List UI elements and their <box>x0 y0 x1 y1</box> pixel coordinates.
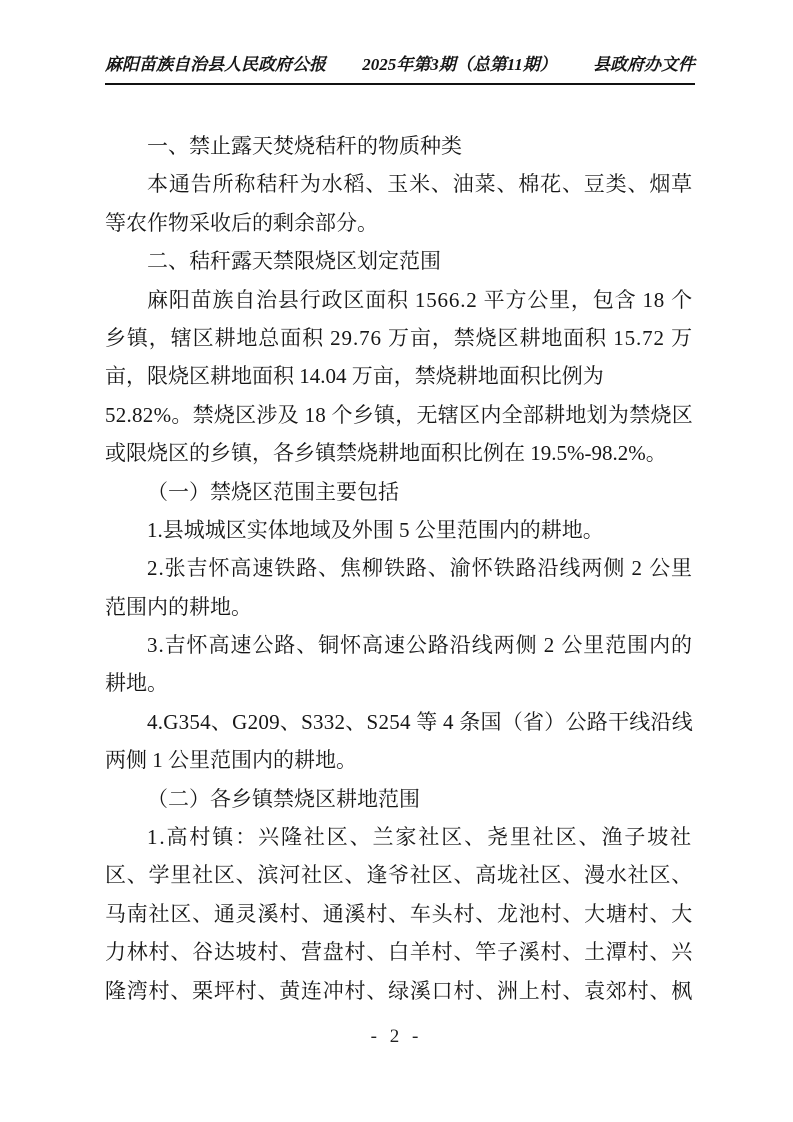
issue-info: 2025年第3期（总第11期） <box>362 50 557 75</box>
gazette-page: 麻阳苗族自治县人民政府公报 2025年第3期（总第11期） 县政府办文件 一、禁… <box>0 0 793 1122</box>
document-line: 二、秸秆露天禁限烧区划定范围 <box>105 242 693 280</box>
document-line: 4.G354、G209、S332、S254 等 4 条国（省）公路干线沿线 <box>105 703 693 741</box>
document-line: 一、禁止露天焚烧秸秆的物质种类 <box>105 127 693 165</box>
document-line: 1.县城城区实体地域及外围 5 公里范围内的耕地。 <box>105 511 693 549</box>
document-line: 力林村、谷达坡村、营盘村、白羊村、竿子溪村、土潭村、兴 <box>105 933 693 971</box>
document-line: 2.张吉怀高速铁路、焦柳铁路、渝怀铁路沿线两侧 2 公里 <box>105 549 693 587</box>
document-line: 乡镇，辖区耕地总面积 29.76 万亩，禁烧区耕地面积 15.72 万 <box>105 319 693 357</box>
document-line: 马南社区、通灵溪村、通溪村、车头村、龙池村、大塘村、大 <box>105 895 693 933</box>
document-line: 本通告所称秸秆为水稻、玉米、油菜、棉花、豆类、烟草 <box>105 165 693 203</box>
document-line: （一）禁烧区范围主要包括 <box>105 473 693 511</box>
document-line: 52.82%。禁烧区涉及 18 个乡镇，无辖区内全部耕地划为禁烧区 <box>105 396 693 434</box>
doc-category: 县政府办文件 <box>593 50 695 75</box>
document-line: 隆湾村、栗坪村、黄连冲村、绿溪口村、洲上村、袁郊村、枫 <box>105 972 693 1010</box>
document-body: 一、禁止露天焚烧秸秆的物质种类本通告所称秸秆为水稻、玉米、油菜、棉花、豆类、烟草… <box>105 127 693 1010</box>
document-line: 或限烧区的乡镇，各乡镇禁烧耕地面积比例在 19.5%-98.2%。 <box>105 434 693 472</box>
document-line: 区、学里社区、滨河社区、逢爷社区、高垅社区、漫水社区、 <box>105 856 693 894</box>
document-line: 两侧 1 公里范围内的耕地。 <box>105 741 693 779</box>
document-line: 1.高村镇：兴隆社区、兰家社区、尧里社区、渔子坡社 <box>105 818 693 856</box>
document-line: 耕地。 <box>105 664 693 702</box>
document-line: 亩，限烧区耕地面积 14.04 万亩，禁烧耕地面积比例为 <box>105 357 693 395</box>
document-line: 范围内的耕地。 <box>105 588 693 626</box>
document-line: 3.吉怀高速公路、铜怀高速公路沿线两侧 2 公里范围内的 <box>105 626 693 664</box>
document-line: （二）各乡镇禁烧区耕地范围 <box>105 780 693 818</box>
page-header: 麻阳苗族自治县人民政府公报 2025年第3期（总第11期） 县政府办文件 <box>105 50 695 85</box>
page-number: - 2 - <box>0 1026 793 1048</box>
document-line: 等农作物采收后的剩余部分。 <box>105 204 693 242</box>
document-line: 麻阳苗族自治县行政区面积 1566.2 平方公里，包含 18 个 <box>105 281 693 319</box>
gazette-title: 麻阳苗族自治县人民政府公报 <box>105 50 326 75</box>
